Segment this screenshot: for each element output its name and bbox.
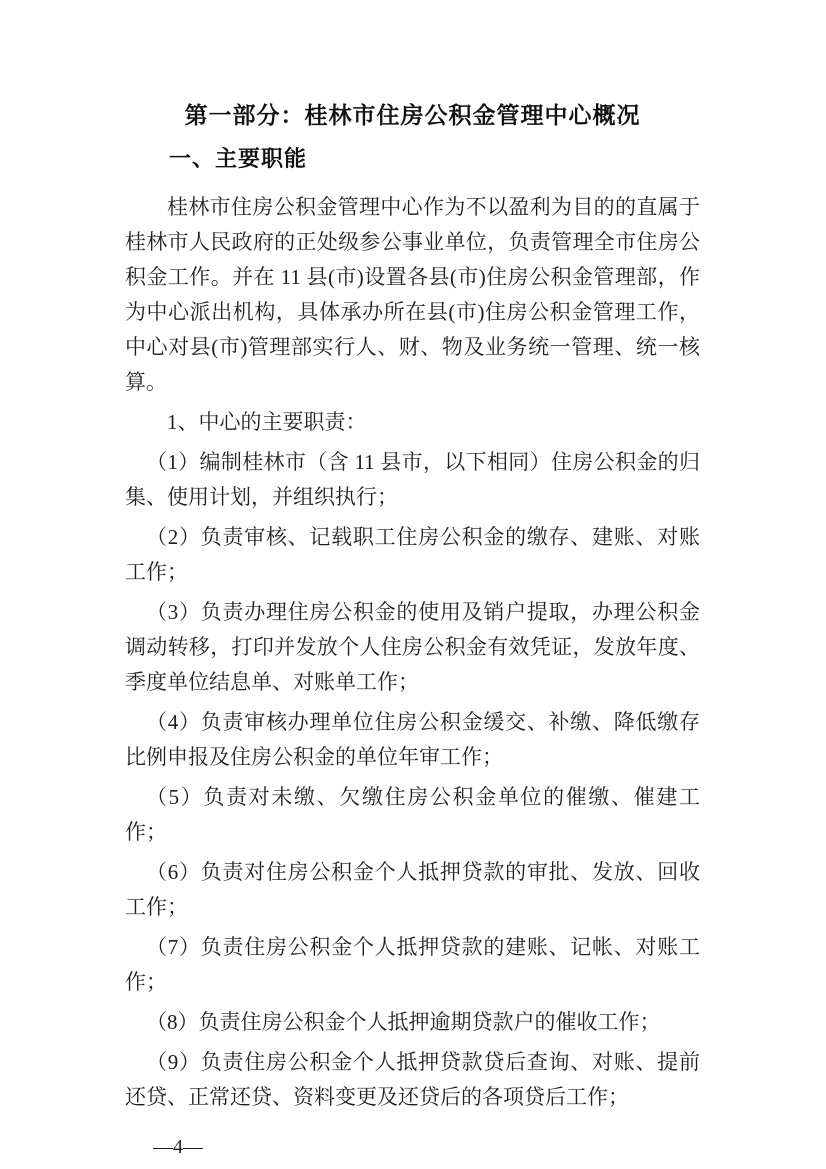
paragraph-duties-lead: 1、中心的主要职责：: [125, 405, 700, 440]
page-number: —4—: [125, 1133, 700, 1161]
paragraph-duty-5: （5）负责对未缴、欠缴住房公积金单位的催缴、催建工作；: [125, 780, 700, 850]
paragraph-duty-7: （7）负责住房公积金个人抵押贷款的建账、记帐、对账工作；: [125, 930, 700, 1000]
paragraph-duty-9: （9）负责住房公积金个人抵押贷款贷后查询、对账、提前还贷、正常还贷、资料变更及还…: [125, 1045, 700, 1115]
paragraph-duty-3: （3）负责办理住房公积金的使用及销户提取，办理公积金调动转移，打印并发放个人住房…: [125, 595, 700, 700]
document-page: 第一部分：桂林市住房公积金管理中心概况 一、主要职能 桂林市住房公积金管理中心作…: [0, 0, 826, 1169]
document-body: 桂林市住房公积金管理中心作为不以盈利为目的的直属于桂林市人民政府的正处级参公事业…: [125, 190, 700, 1115]
section-heading: 一、主要职能: [125, 144, 700, 174]
paragraph-duty-1: （1）编制桂林市（含 11 县市，以下相同）住房公积金的归集、使用计划，并组织执…: [125, 445, 700, 515]
paragraph-duty-4: （4）负责审核办理单位住房公积金缓交、补缴、降低缴存比例申报及住房公积金的单位年…: [125, 705, 700, 775]
paragraph-duty-2: （2）负责审核、记载职工住房公积金的缴存、建账、对账工作；: [125, 520, 700, 590]
paragraph-duty-8: （8）负责住房公积金个人抵押逾期贷款户的催收工作；: [125, 1005, 700, 1040]
document-title: 第一部分：桂林市住房公积金管理中心概况: [125, 98, 700, 132]
paragraph-intro: 桂林市住房公积金管理中心作为不以盈利为目的的直属于桂林市人民政府的正处级参公事业…: [125, 190, 700, 400]
paragraph-duty-6: （6）负责对住房公积金个人抵押贷款的审批、发放、回收工作；: [125, 855, 700, 925]
